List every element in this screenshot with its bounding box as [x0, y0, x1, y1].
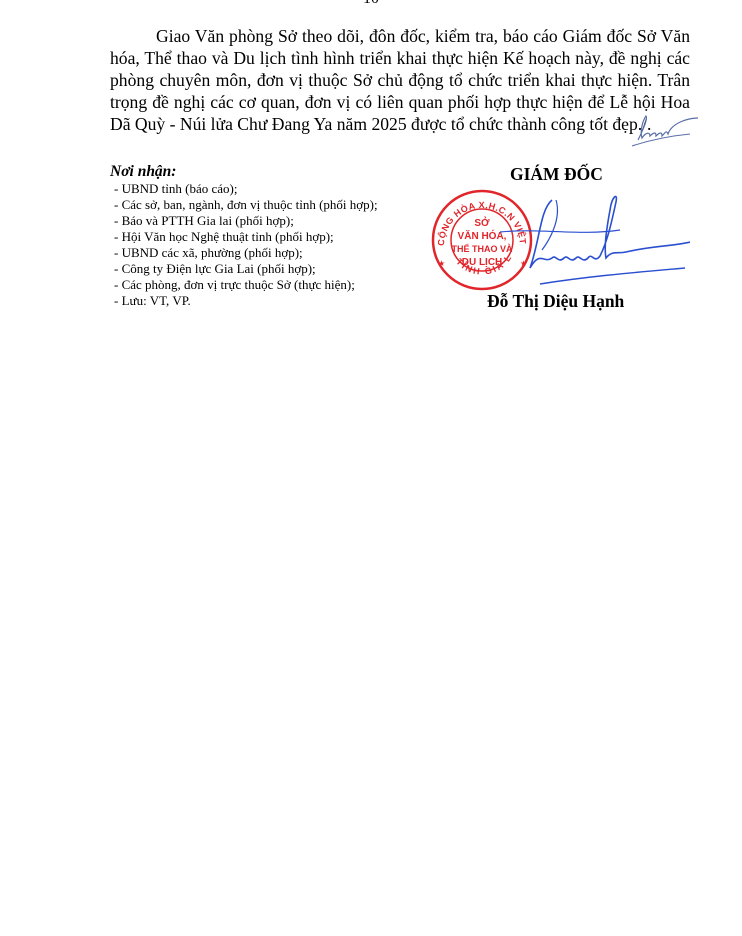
recipient-item: - Lưu: VT, VP.	[114, 293, 430, 309]
handwritten-signature	[500, 180, 690, 290]
recipient-item: - Các sở, ban, ngành, đơn vị thuộc tỉnh …	[114, 197, 430, 213]
recipients-title: Nơi nhận:	[110, 163, 430, 181]
initial-signature-mark	[630, 108, 700, 148]
recipient-item: - Hội Văn học Nghệ thuật tỉnh (phối hợp)…	[114, 229, 430, 245]
recipient-item: - Báo và PTTH Gia lai (phối hợp);	[114, 213, 430, 229]
closing-paragraph: Giao Văn phòng Sở theo dõi, đôn đốc, kiể…	[110, 25, 690, 135]
recipients-block: Nơi nhận: - UBND tỉnh (báo cáo); - Các s…	[110, 163, 430, 309]
stamp-line: SỞ	[474, 216, 490, 229]
svg-text:★: ★	[438, 259, 445, 268]
recipient-item: - Các phòng, đơn vị trực thuộc Sở (thực …	[114, 277, 430, 293]
signer-name: Đỗ Thị Diệu Hạnh	[487, 291, 624, 312]
recipient-item: - UBND các xã, phường (phối hợp);	[114, 245, 430, 261]
recipients-list: - UBND tỉnh (báo cáo); - Các sở, ban, ng…	[110, 181, 430, 309]
recipient-item: - UBND tỉnh (báo cáo);	[114, 181, 430, 197]
page-number: 10	[0, 0, 742, 8]
recipient-item: - Công ty Điện lực Gia Lai (phối hợp);	[114, 261, 430, 277]
signer-block: GIÁM ĐỐC CỘNG HÒA X.H.C.N VIỆT NAM TỈNH …	[430, 160, 690, 320]
stamp-line: DU LỊCH	[462, 257, 503, 268]
